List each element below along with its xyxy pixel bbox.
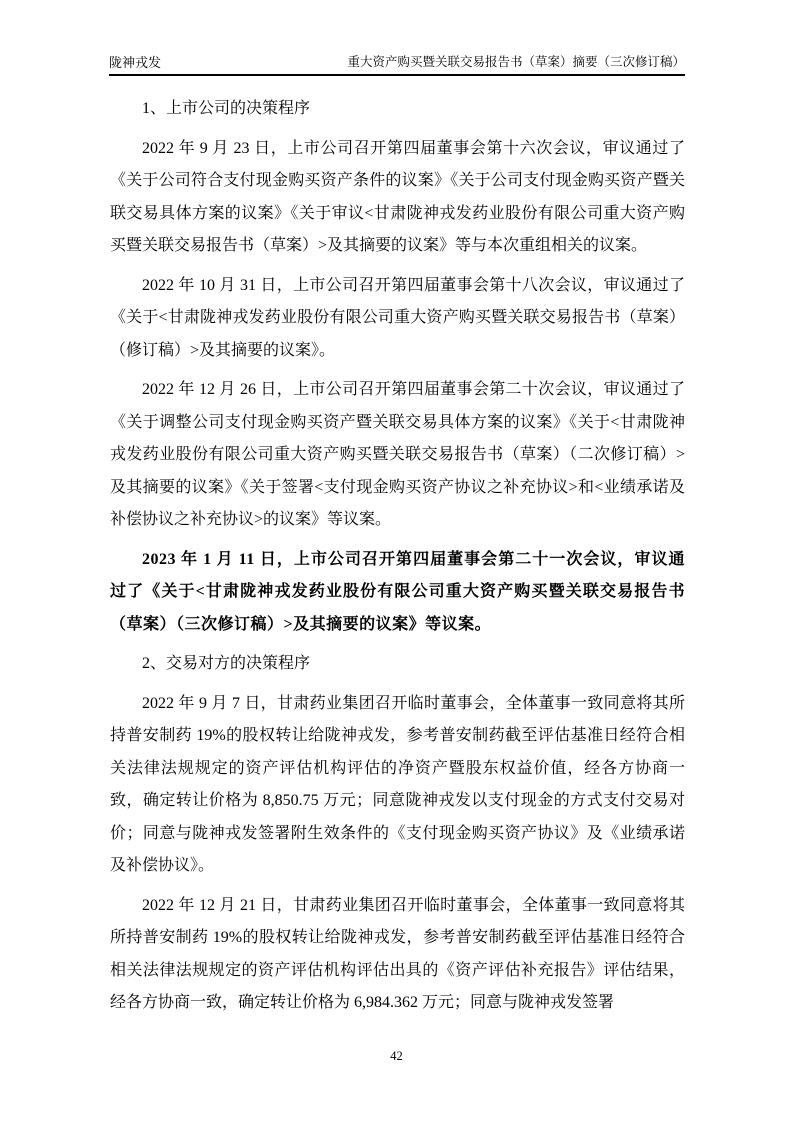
page-number: 42 — [390, 1049, 403, 1063]
body-paragraph: 2022 年 12 月 26 日，上市公司召开第四届董事会第二十次会议，审议通过… — [110, 374, 685, 537]
header-company-name: 陇神戎发 — [109, 54, 161, 71]
section-heading-2: 2、交易对方的决策程序 — [110, 648, 685, 681]
document-body: 1、上市公司的决策程序 2022 年 9 月 23 日，上市公司召开第四届董事会… — [110, 93, 685, 1027]
section-heading-1: 1、上市公司的决策程序 — [110, 93, 685, 126]
header-document-title: 重大资产购买暨关联交易报告书（草案）摘要（三次修订稿） — [347, 54, 685, 71]
body-paragraph: 2022 年 9 月 23 日，上市公司召开第四届董事会第十六次会议，审议通过了… — [110, 133, 685, 263]
emphasis-paragraph: 2023 年 1 月 11 日，上市公司召开第四届董事会第二十一次会议，审议通过… — [110, 544, 685, 642]
body-paragraph: 2022 年 10 月 31 日，上市公司召开第四届董事会第十八次会议，审议通过… — [110, 270, 685, 368]
document-page: 陇神戎发 重大资产购买暨关联交易报告书（草案）摘要（三次修订稿） 1、上市公司的… — [0, 0, 793, 1122]
body-paragraph: 2022 年 9 月 7 日，甘肃药业集团召开临时董事会，全体董事一致同意将其所… — [110, 688, 685, 883]
body-paragraph: 2022 年 12 月 21 日，甘肃药业集团召开临时董事会，全体董事一致同意将… — [110, 890, 685, 1020]
page-footer: 42 — [0, 1049, 793, 1064]
page-header: 陇神戎发 重大资产购买暨关联交易报告书（草案）摘要（三次修订稿） — [109, 54, 685, 76]
